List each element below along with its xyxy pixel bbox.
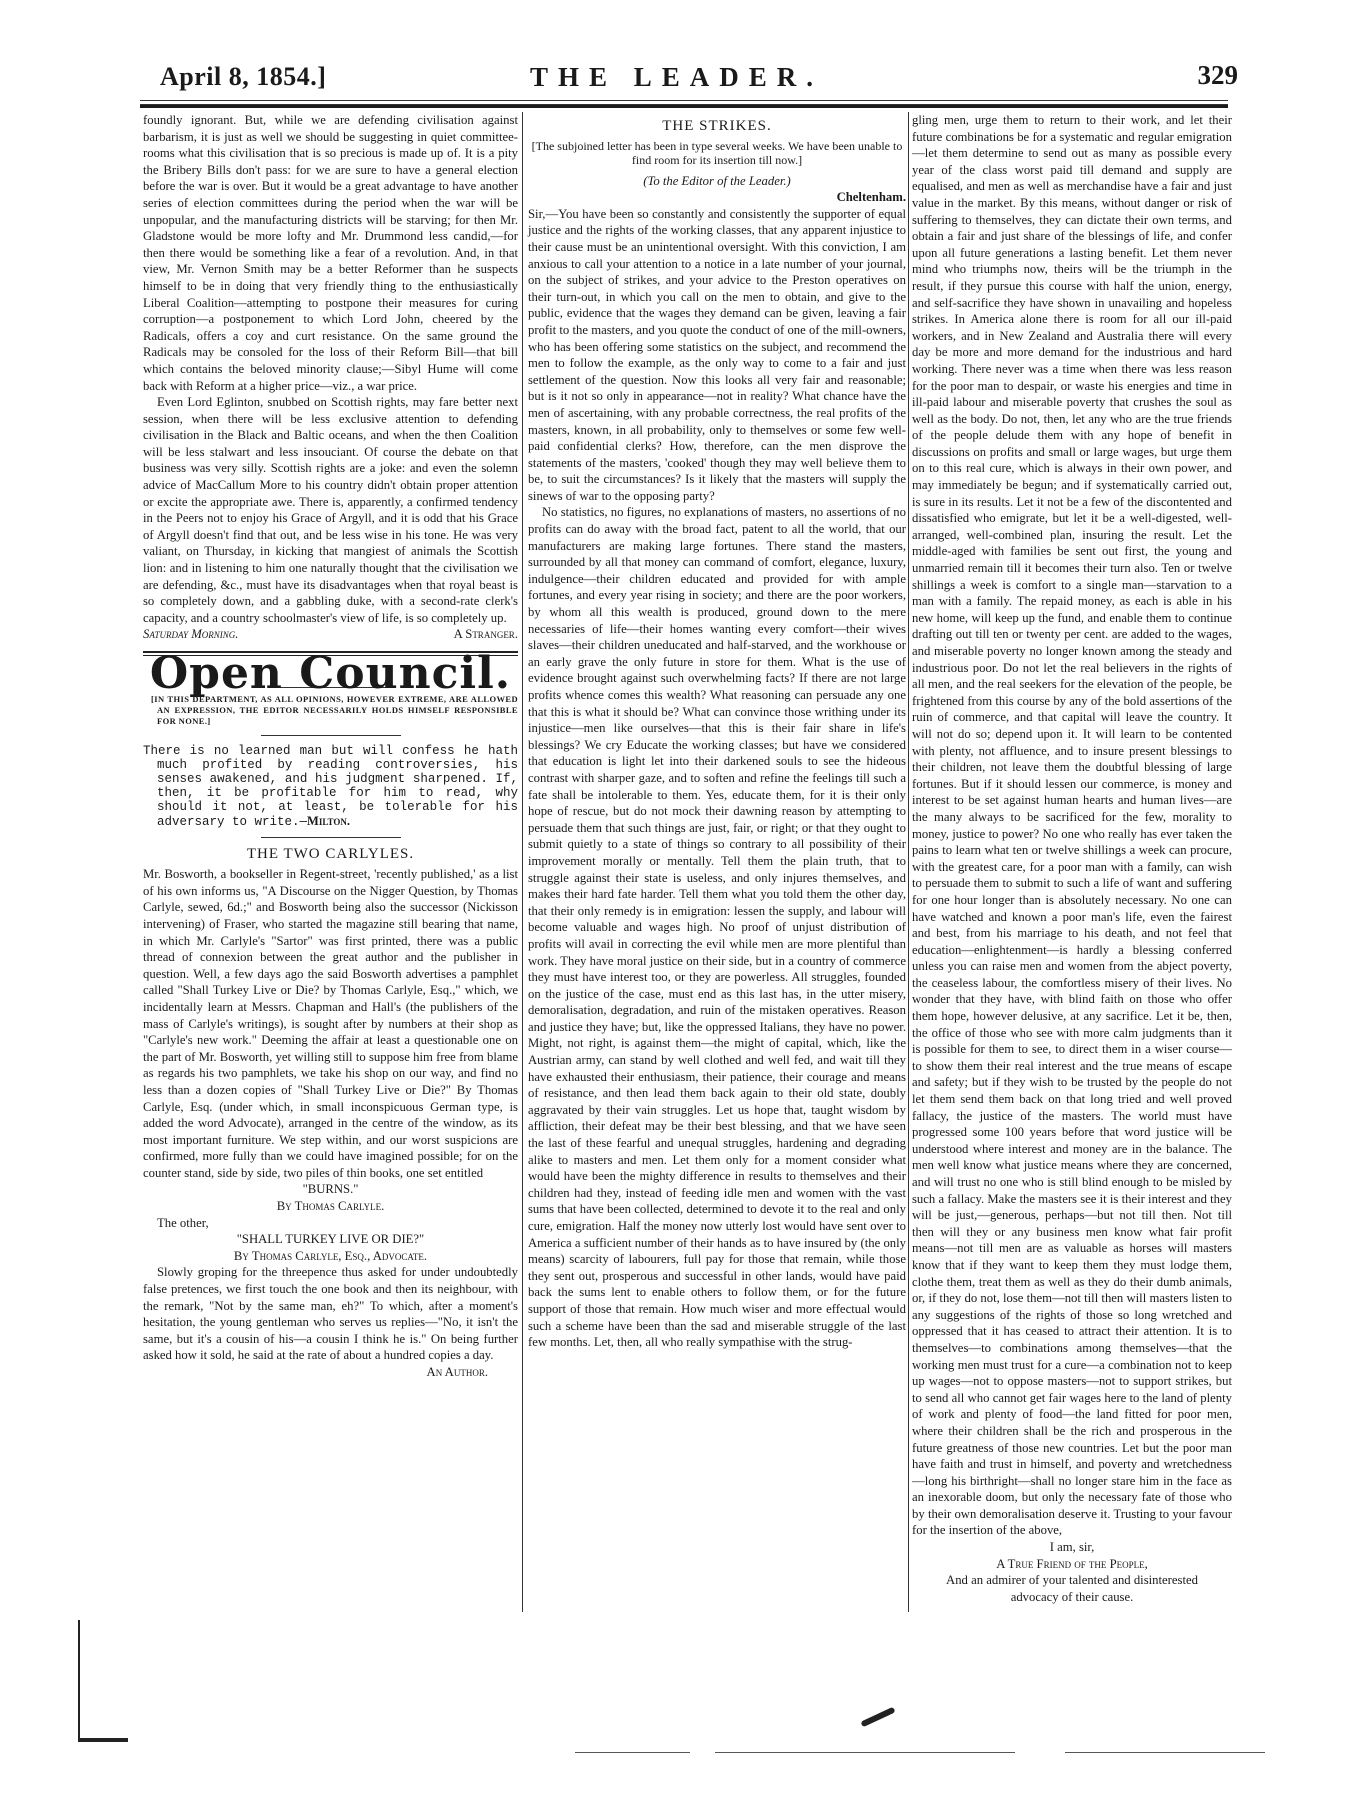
page-number: 329 [1198, 60, 1239, 91]
article-paragraph: gling men, urge them to return to their … [912, 112, 1232, 1539]
scan-edge-mark [78, 1738, 128, 1742]
footer-rule [575, 1752, 690, 1753]
article-paragraph: Slowly groping for the threepence thus a… [143, 1264, 518, 1364]
epigraph: There is no learned man but will confess… [143, 744, 518, 829]
book-title: "BURNS." [143, 1181, 518, 1198]
issue-date: April 8, 1854.] [160, 62, 326, 92]
column-left: foundly ignorant. But, while we are defe… [143, 112, 518, 1381]
editorial-note: [In this department, as all opinions, ho… [143, 694, 518, 727]
letter-signature-line: And an admirer of your talented and disi… [912, 1572, 1232, 1589]
letter-dateline: Cheltenham. [528, 189, 906, 206]
article-heading: THE TWO CARLYLES. [143, 846, 518, 863]
letter-signature: A True Friend of the People, [912, 1556, 1232, 1573]
article-paragraph: No statistics, no figures, no explanatio… [528, 504, 906, 1350]
newspaper-title: THE LEADER. [530, 62, 823, 93]
article-paragraph: Mr. Bosworth, a bookseller in Regent-str… [143, 866, 518, 1181]
book-author: By Thomas Carlyle. [143, 1198, 518, 1215]
footer-rule [1065, 1752, 1265, 1753]
signoff-name: A Stranger. [454, 626, 518, 643]
book-title: "SHALL TURKEY LIVE OR DIE?" [143, 1231, 518, 1248]
article-text: The other, [143, 1215, 518, 1232]
header-rule [140, 104, 1228, 108]
article-signature: An Author. [143, 1364, 518, 1381]
header-rule-thin [140, 100, 1228, 101]
article-paragraph: Even Lord Eglinton, snubbed on Scottish … [143, 394, 518, 626]
book-author: By Thomas Carlyle, Esq., Advocate. [143, 1248, 518, 1265]
article-paragraph: Sir,—You have been so constantly and con… [528, 206, 906, 505]
editorial-note: [The subjoined letter has been in type s… [528, 139, 906, 167]
article-heading: THE STRIKES. [528, 118, 906, 135]
section-title-open-council: Open Council. [143, 666, 518, 683]
footer-rule [715, 1752, 1015, 1753]
letter-signature-line: advocacy of their cause. [912, 1589, 1232, 1606]
article-signoff: Saturday Morning. A Stranger. [143, 626, 518, 643]
column-divider [908, 112, 909, 1612]
column-right: gling men, urge them to return to their … [912, 112, 1232, 1605]
column-middle: THE STRIKES. [The subjoined letter has b… [528, 112, 906, 1351]
scan-edge-mark [78, 1620, 80, 1740]
masthead: April 8, 1854.] THE LEADER. 329 [140, 58, 1220, 98]
letter-address: (To the Editor of the Leader.) [528, 173, 906, 190]
divider-rule [261, 735, 401, 736]
ink-smudge [860, 1707, 895, 1728]
signoff-place: Saturday Morning. [143, 626, 238, 643]
letter-closing: I am, sir, [912, 1539, 1232, 1556]
divider-rule [261, 837, 401, 838]
column-divider [522, 112, 523, 1612]
article-paragraph: foundly ignorant. But, while we are defe… [143, 112, 518, 394]
epigraph-source: Milton. [307, 814, 350, 828]
